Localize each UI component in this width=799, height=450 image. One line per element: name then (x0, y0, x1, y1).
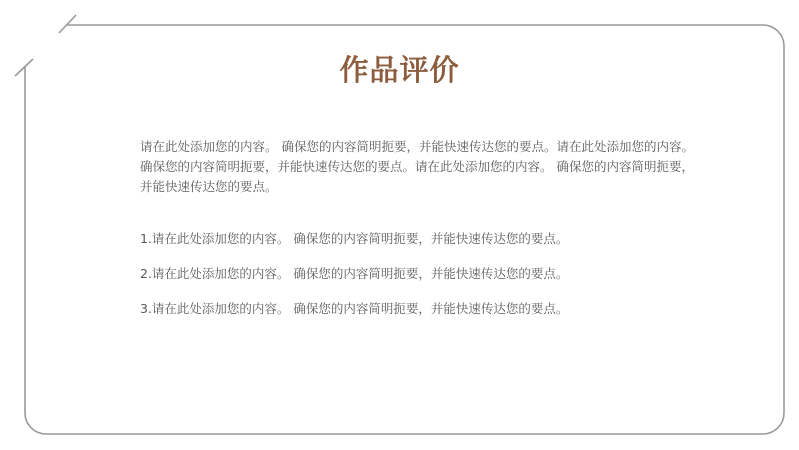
slide-title: 作品评价 (0, 48, 799, 89)
list-item: 3.请在此处添加您的内容。 确保您的内容简明扼要，并能快速传达您的要点。 (140, 299, 700, 319)
list-item: 1.请在此处添加您的内容。 确保您的内容简明扼要，并能快速传达您的要点。 (140, 229, 700, 249)
point-list: 1.请在此处添加您的内容。 确保您的内容简明扼要，并能快速传达您的要点。 2.请… (140, 229, 700, 334)
list-item: 2.请在此处添加您的内容。 确保您的内容简明扼要，并能快速传达您的要点。 (140, 264, 700, 284)
corner-tick-top (59, 15, 76, 33)
intro-paragraph: 请在此处添加您的内容。 确保您的内容简明扼要，并能快速传达您的要点。请在此处添加… (140, 137, 700, 197)
